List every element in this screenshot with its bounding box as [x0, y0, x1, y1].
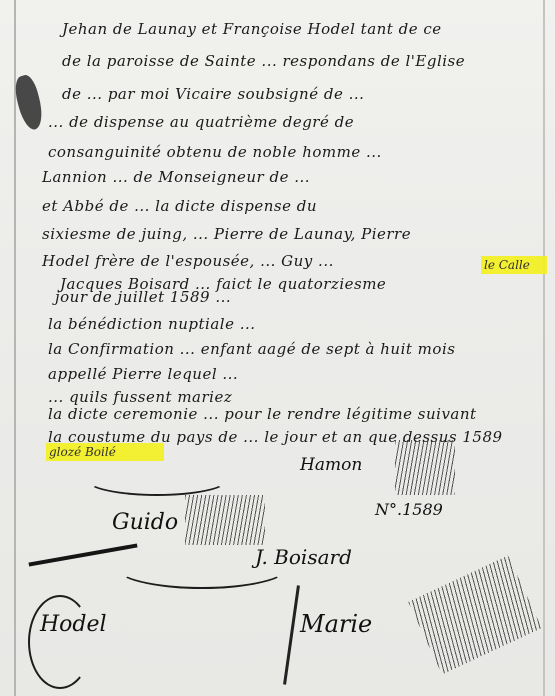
- ink-blot: [11, 73, 46, 132]
- text-line-6: Lannion ... de Monseigneur de ...: [42, 168, 310, 186]
- text-line-14: appellé Pierre lequel ...: [48, 365, 238, 383]
- folio-number: N°.1589: [375, 500, 443, 519]
- text-line-3: de ... par moi Vicaire soubsigné de ...: [62, 85, 364, 103]
- highlight-margin-note: le Calle: [481, 256, 547, 274]
- text-line-12: la bénédiction nuptiale ...: [48, 315, 256, 333]
- text-line-9: Hodel frère de l'espousée, ... Guy ...: [42, 252, 334, 270]
- text-line-13: la Confirmation ... enfant aagé de sept …: [48, 340, 455, 358]
- text-line-5: consanguinité obtenu de noble homme ...: [48, 143, 382, 161]
- signature-scribble-bottom-right: [408, 556, 542, 675]
- signature-stroke: [283, 585, 300, 684]
- manuscript-page: Jehan de Launay et Françoise Hodel tant …: [0, 0, 555, 696]
- highlight-bottom-note: glozé Boilé: [46, 443, 164, 461]
- right-margin-rule: [543, 0, 545, 696]
- text-line-1: Jehan de Launay et Françoise Hodel tant …: [62, 20, 442, 38]
- text-line-11: jour de juillet 1589 ...: [55, 288, 231, 306]
- signature-center: J. Boisard: [255, 545, 352, 569]
- text-line-4: ... de dispense au quatrième degré de: [48, 113, 354, 131]
- text-line-15: ... quils fussent mariez: [48, 388, 232, 406]
- signature-top-right: Hamon: [300, 455, 362, 475]
- text-line-8: sixiesme de juing, ... Pierre de Launay,…: [42, 225, 411, 243]
- text-line-7: et Abbé de ... la dicte dispense du: [42, 197, 317, 215]
- flourish-1: [85, 462, 229, 496]
- left-margin-rule: [14, 0, 16, 696]
- signature-scribble-right: [395, 440, 455, 495]
- signature-left-mid: Guido: [112, 510, 178, 535]
- text-line-2: de la paroisse de Sainte ... respondans …: [62, 52, 465, 70]
- text-line-16: la dicte ceremonie ... pour le rendre lé…: [48, 405, 477, 423]
- flourish-3: [28, 595, 92, 689]
- signature-bottom-center: Marie: [300, 610, 372, 638]
- signature-scribble-mid: [185, 495, 265, 545]
